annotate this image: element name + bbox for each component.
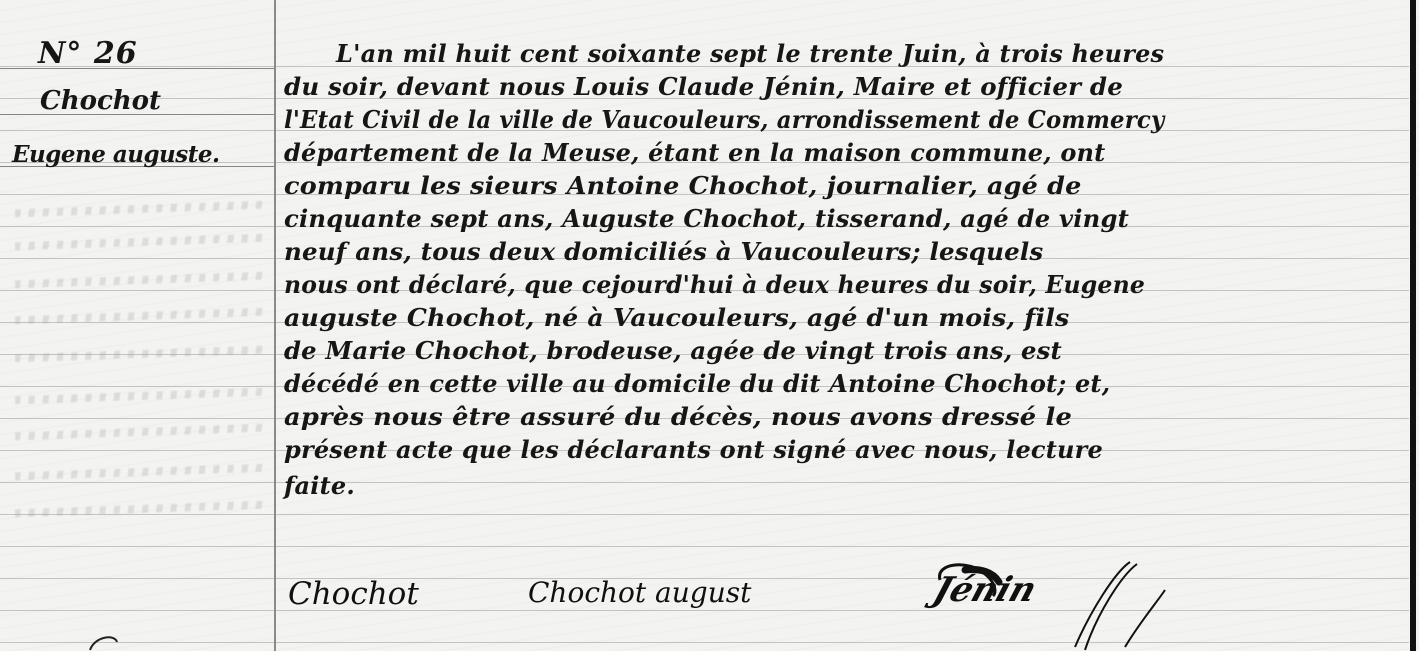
ruled-line bbox=[0, 610, 1409, 611]
ruled-line bbox=[0, 482, 1409, 483]
body-line: après nous être assuré du décès, nous av… bbox=[284, 401, 1072, 433]
page-edge-border bbox=[1410, 0, 1416, 651]
bleed-through-mark bbox=[15, 388, 265, 405]
margin-divider bbox=[274, 0, 276, 651]
bleed-through-mark bbox=[15, 272, 265, 289]
entry-number: N° 26 bbox=[38, 36, 138, 71]
bleed-through-mark bbox=[15, 201, 265, 218]
body-line: auguste Chochot, né à Vaucouleurs, agé d… bbox=[284, 302, 1069, 334]
bleed-through-mark bbox=[15, 424, 265, 441]
signature-auguste-chochot: Chochot august bbox=[528, 576, 751, 609]
body-line: faite. bbox=[284, 470, 355, 502]
ruled-line bbox=[0, 546, 1409, 547]
ruled-line bbox=[0, 642, 1409, 643]
deceased-given-names: Eugene auguste. bbox=[12, 141, 219, 168]
body-line: présent acte que les déclarants ont sign… bbox=[284, 434, 1103, 466]
signature-flourish-icon bbox=[925, 552, 1185, 651]
body-line: comparu les sieurs Antoine Chochot, jour… bbox=[284, 170, 1082, 202]
body-line: cinquante sept ans, Auguste Chochot, tis… bbox=[284, 203, 1129, 235]
body-line: de Marie Chochot, brodeuse, agée de ving… bbox=[284, 335, 1062, 367]
body-line: l'Etat Civil de la ville de Vaucouleurs,… bbox=[284, 104, 1164, 136]
signature-antoine-chochot: Chochot bbox=[288, 576, 419, 612]
next-entry-fragment-icon bbox=[85, 632, 145, 651]
deceased-surname: Chochot bbox=[40, 86, 161, 116]
body-line: nous ont déclaré, que cejourd'hui à deux… bbox=[284, 269, 1145, 301]
ruled-line bbox=[0, 514, 1409, 515]
body-line: neuf ans, tous deux domiciliés à Vaucoul… bbox=[284, 236, 1043, 268]
body-line: L'an mil huit cent soixante sept le tren… bbox=[336, 38, 1164, 70]
register-page: N° 26 Chochot Eugene auguste. L'an mil h… bbox=[0, 0, 1419, 651]
bleed-through-mark bbox=[15, 234, 265, 251]
body-line: du soir, devant nous Louis Claude Jénin,… bbox=[284, 71, 1123, 103]
body-line: département de la Meuse, étant en la mai… bbox=[284, 137, 1105, 169]
body-line: décédé en cette ville au domicile du dit… bbox=[284, 368, 1110, 400]
bleed-through-mark bbox=[15, 464, 265, 481]
